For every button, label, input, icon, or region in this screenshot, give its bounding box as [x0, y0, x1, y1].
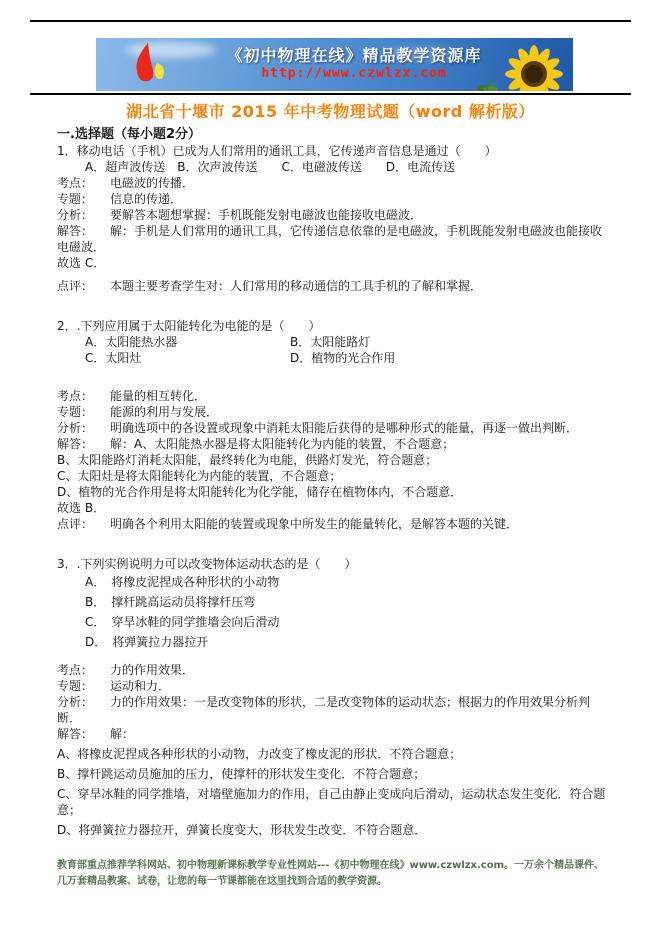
sunflower-icon	[503, 43, 565, 91]
question-1-solution-line: 解答：解：手机是人们常用的通讯工具，它传递信息依靠的是电磁波，手机既能发射电磁波…	[57, 223, 613, 255]
topic-text: 能源的利用与发展．	[110, 405, 218, 419]
header-top-rule	[30, 20, 631, 22]
analysis-text: 力的作用效果：一是改变物体的形状，二是改变物体的运动状态；根据力的作用效果分析判…	[57, 695, 590, 725]
question-3-option-b: B． 撑杆跳高运动员将撑杆压弯	[57, 592, 613, 612]
banner-site-url[interactable]: http://www.czwlzx.com	[182, 66, 526, 81]
question-2-answer-choice-line: 故选 B．	[57, 500, 613, 516]
topic-label: 专题：	[57, 404, 110, 420]
comment-label: 点评：	[57, 278, 110, 294]
question-3-topic-line: 专题：运动和力．	[57, 678, 613, 694]
question-3-analysis-line: 分析：力的作用效果：一是改变物体的形状，二是改变物体的运动状态；根据力的作用效果…	[57, 694, 613, 726]
solution-label: 解答：	[57, 726, 110, 742]
solution-text: 解：手机是人们常用的通讯工具，它传递信息依靠的是电磁波，手机既能发射电磁波也能接…	[57, 224, 602, 254]
solution-label: 解答：	[57, 223, 110, 239]
question-3-solution-item-c: C、穿旱冰鞋的同学推墙，对墙壁施加力的作用，自己由静止变成向后滑动，运动状态发生…	[57, 786, 613, 818]
exam-point-label: 考点：	[57, 175, 110, 191]
option-b: B．太阳能路灯	[290, 335, 370, 349]
exam-point-text: 能量的相互转化．	[110, 389, 206, 403]
exam-point-text: 力的作用效果．	[110, 663, 194, 677]
exam-point-label: 考点：	[57, 662, 110, 678]
question-3-exam-point-line: 考点：力的作用效果．	[57, 662, 613, 678]
question-1-options: A．超声波传送 B．次声波传送 C．电磁波传送 D．电流传送	[57, 159, 613, 175]
topic-text: 信息的传递．	[110, 192, 182, 206]
question-1-answer-choice-line: 故选 C．	[57, 255, 613, 271]
exam-point-label: 考点：	[57, 388, 110, 404]
solution-text: 解：A、太阳能热水器是将太阳能转化为内能的装置，不合题意；	[110, 437, 454, 451]
analysis-text: 明确选项中的各设置或现象中消耗太阳能后获得的是哪种形式的能量，再逐一做出判断．	[110, 421, 578, 435]
header-bottom-rule	[30, 93, 631, 95]
analysis-label: 分析：	[57, 694, 110, 710]
topic-text: 运动和力．	[110, 679, 170, 693]
banner-site-name: 《初中物理在线》精品教学资源库	[182, 43, 526, 66]
footer-line-1: 教育部重点推荐学科网站、初中物理新课标教学专业性网站---《初中物理在线》www…	[57, 858, 617, 874]
question-2-topic-line: 专题：能源的利用与发展．	[57, 404, 613, 420]
question-1-comment-line: 点评：本题主要考查学生对：人们常用的移动通信的工具手机的了解和掌握．	[57, 278, 613, 294]
question-2-solution-item-c: C、太阳灶是将太阳能转化为内能的装置，不合题意；	[57, 468, 613, 484]
analysis-text: 要解答本题想掌握：手机既能发射电磁波也能接收电磁波．	[110, 208, 422, 222]
footer-line-2: 几万套精品教案、试卷，让您的每一节课都能在这里找到合适的教学资源。	[57, 874, 617, 890]
comment-label: 点评：	[57, 516, 110, 532]
question-2-solution-line: 解答：解：A、太阳能热水器是将太阳能转化为内能的装置，不合题意；	[57, 436, 613, 452]
question-3-solution-line: 解答：解：	[57, 726, 613, 742]
site-banner: 《初中物理在线》精品教学资源库 http://www.czwlzx.com	[96, 38, 573, 91]
question-3-option-c: C． 穿旱冰鞋的同学推墙会向后滑动	[57, 612, 613, 632]
analysis-label: 分析：	[57, 207, 110, 223]
question-2-options-row-2: C．太阳灶D．植物的光合作用	[57, 350, 613, 366]
question-2-solution-item-d: D、植物的光合作用是将太阳能转化为化学能，储存在植物体内，不合题意．	[57, 484, 613, 500]
question-3-option-d: D． 将弹簧拉力器拉开	[57, 632, 613, 652]
section-heading: 一.选择题（每小题2分）	[57, 127, 613, 143]
question-2-options-row-1: A．太阳能热水器B．太阳能路灯	[57, 334, 613, 350]
option-d: D．植物的光合作用	[290, 351, 395, 365]
question-1-topic-line: 专题：信息的传递．	[57, 191, 613, 207]
question-2-solution-item-b: B、太阳能路灯消耗太阳能，最终转化为电能，供路灯发光，符合题意；	[57, 452, 613, 468]
option-a: A．太阳能热水器	[85, 334, 290, 350]
option-c: C．太阳灶	[85, 350, 290, 366]
page-footer: 教育部重点推荐学科网站、初中物理新课标教学专业性网站---《初中物理在线》www…	[57, 858, 617, 890]
question-3-solution-item-b: B、撑杆跳运动员施加的压力，使撑杆的形状发生变化．不符合题意；	[57, 766, 613, 782]
topic-label: 专题：	[57, 191, 110, 207]
question-3-option-a: A． 将橡皮泥捏成各种形状的小动物	[57, 572, 613, 592]
exam-point-text: 电磁波的传播．	[110, 176, 194, 190]
question-1-exam-point-line: 考点：电磁波的传播．	[57, 175, 613, 191]
solution-text: 解：	[110, 727, 134, 741]
solution-label: 解答：	[57, 436, 110, 452]
question-1-stem: 1．移动电话（手机）已成为人们常用的通讯工具，它传递声音信息是通过（ ）	[57, 143, 613, 159]
question-3-solution-item-a: A、将橡皮泥捏成各种形状的小动物，力改变了橡皮泥的形状．不符合题意；	[57, 746, 613, 762]
comment-text: 本题主要考查学生对：人们常用的移动通信的工具手机的了解和掌握．	[110, 279, 482, 293]
question-2-analysis-line: 分析：明确选项中的各设置或现象中消耗太阳能后获得的是哪种形式的能量，再逐一做出判…	[57, 420, 613, 436]
site-logo-icon	[124, 41, 170, 89]
document-body: 一.选择题（每小题2分） 1．移动电话（手机）已成为人们常用的通讯工具，它传递声…	[57, 127, 613, 838]
document-title: 湖北省十堰市 2015 年中考物理试题（word 解析版）	[0, 99, 661, 122]
topic-label: 专题：	[57, 678, 110, 694]
question-2-exam-point-line: 考点：能量的相互转化．	[57, 388, 613, 404]
question-2-stem: 2．.下列应用属于太阳能转化为电能的是（ ）	[57, 318, 613, 334]
analysis-label: 分析：	[57, 420, 110, 436]
question-2-comment-line: 点评：明确各个利用太阳能的装置或现象中所发生的能量转化，是解答本题的关键．	[57, 516, 613, 532]
plant-icon	[477, 80, 499, 91]
comment-text: 明确各个利用太阳能的装置或现象中所发生的能量转化，是解答本题的关键．	[110, 517, 518, 531]
question-3-stem: 3．.下列实例说明力可以改变物体运动状态的是（ ）	[57, 556, 613, 572]
question-3-solution-item-d: D、将弹簧拉力器拉开，弹簧长度变大，形状发生改变．不符合题意．	[57, 822, 613, 838]
question-1-analysis-line: 分析：要解答本题想掌握：手机既能发射电磁波也能接收电磁波．	[57, 207, 613, 223]
